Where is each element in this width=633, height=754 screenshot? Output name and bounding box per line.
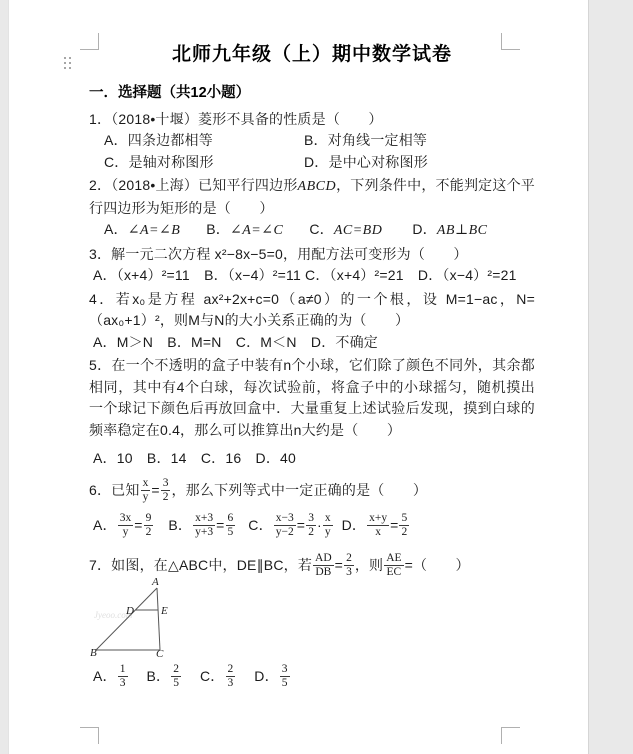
margin-mark-bottom-right — [501, 727, 520, 744]
q1-option-d: D．是中心对称图形 — [304, 152, 535, 174]
fraction: 52 — [399, 512, 409, 539]
fraction: 32 — [161, 477, 171, 504]
q1-option-c: C．是轴对称图形 — [104, 152, 304, 174]
question-5-stem: 5．在一个不透明的盒子中装有n个小球，它们除了颜色不同外，其余都相同，其中有4个… — [89, 355, 535, 441]
section-heading: 一．选择题（共12小题） — [89, 83, 535, 105]
document-page[interactable]: 北师九年级（上）期中数学试卷 一．选择题（共12小题） 1．（2018•十堰）菱… — [8, 0, 589, 754]
fraction: 3xy — [118, 512, 134, 539]
triangle-svg: Jyeoo.com A B C D E — [89, 576, 181, 658]
q1-option-b: B．对角线一定相等 — [304, 130, 535, 152]
fraction: AEEC — [384, 552, 403, 579]
fraction: x+yx — [367, 512, 389, 539]
page-title: 北师九年级（上）期中数学试卷 — [89, 42, 535, 68]
question-4-stem: 4．若x₀是方程 ax²+2x+c=0（a≠0）的一个根，设 M=1−ac，N=… — [89, 289, 535, 332]
vertex-label-a: A — [151, 576, 159, 588]
fraction: 13 — [118, 663, 128, 690]
fraction: 92 — [144, 512, 154, 539]
vertex-label-e: E — [160, 605, 168, 617]
triangle-figure: Jyeoo.com A B C D E — [89, 576, 181, 658]
question-2-options: A．∠A=∠BB．∠A=∠CC．AC=BDD．AB⊥BC — [89, 219, 535, 242]
q1-option-a: A．四条边都相等 — [104, 130, 304, 152]
fraction: x−3y−2 — [274, 512, 296, 539]
fraction: 32 — [306, 512, 316, 539]
question-6-options: A．3xy=92B．x+3y+3=65C．x−3y−2=32·xyD．x+yx=… — [89, 507, 535, 543]
vertex-label-b: B — [90, 647, 97, 658]
vertex-label-c: C — [156, 648, 164, 658]
document-content: 北师九年级（上）期中数学试卷 一．选择题（共12小题） 1．（2018•十堰）菱… — [89, 0, 535, 694]
fraction: 23 — [226, 663, 236, 690]
question-1-options: A．四条边都相等 B．对角线一定相等 C．是轴对称图形 D．是中心对称图形 — [89, 130, 535, 173]
question-1-stem: 1．（2018•十堰）菱形不具备的性质是（ ） — [89, 109, 535, 131]
question-5-options: A．10 B．14 C．16 D．40 — [89, 448, 535, 470]
editor-canvas: { "window": { "background": "#e9e9e9", "… — [0, 0, 633, 754]
question-3-stem: 3．解一元二次方程 x²−8x−5=0，用配方法可变形为（ ） — [89, 244, 535, 266]
vertex-label-d: D — [125, 605, 134, 617]
question-6-stem: 6．已知xy=32，那么下列等式中一定正确的是（ ） — [89, 475, 535, 505]
question-4-options: A．M＞N B．M=N C．M＜N D．不确定 — [89, 332, 535, 354]
question-7-options: A．13B．25C．23D．35 — [89, 658, 535, 694]
fraction: 23 — [344, 552, 354, 579]
fraction: x+3y+3 — [193, 512, 215, 539]
fraction: 65 — [226, 512, 236, 539]
triangle-side-ac — [157, 588, 160, 650]
fraction: xy — [323, 512, 333, 539]
paragraph-drag-handle-icon[interactable] — [64, 57, 71, 69]
margin-mark-bottom-left — [80, 727, 99, 744]
fraction: ADDB — [313, 552, 334, 579]
fraction: 35 — [280, 663, 290, 690]
fraction: 25 — [171, 663, 181, 690]
question-3-options: A．（x+4）²=11 B．（x−4）²=11 C．（x+4）²=21 D．（x… — [89, 265, 535, 287]
fraction: xy — [141, 477, 151, 504]
question-2-stem: 2．（2018•上海）已知平行四边形ABCD，下列条件中，不能判定这个平行四边形… — [89, 175, 535, 219]
